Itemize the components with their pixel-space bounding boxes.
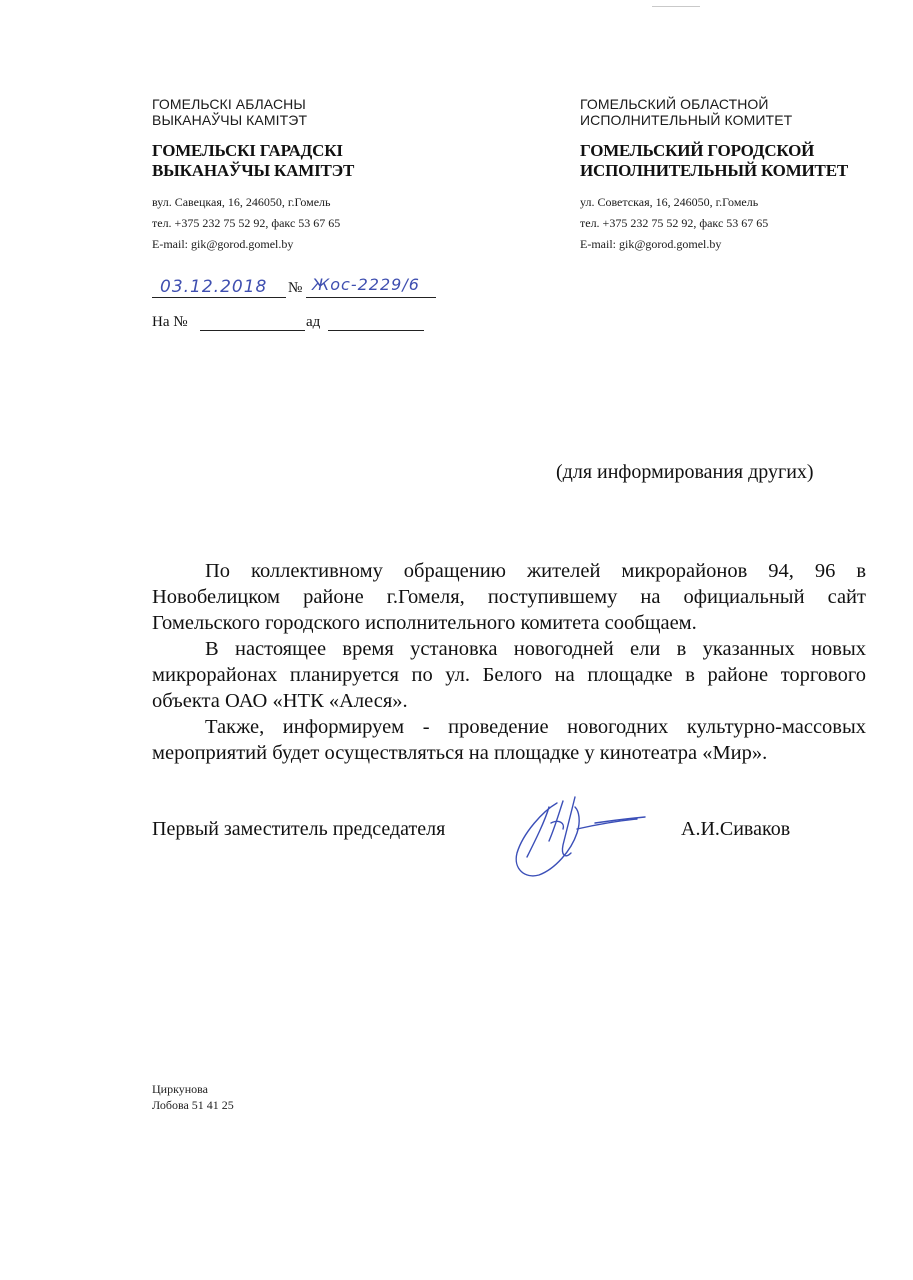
letterhead-left-contacts: вул. Савецкая, 16, 246050, г.Гомель тел.… [152, 192, 340, 255]
body-paragraph-3: Также, информируем - проведение новогодн… [152, 714, 866, 766]
letterhead-left-region-line2: ВЫКАНАЎЧЫ КАМІТЭТ [152, 112, 307, 128]
handwritten-number: Жос-2229/6 [312, 275, 420, 294]
reply-number-label: На № [152, 314, 188, 331]
letterhead-right-city-line1: ГОМЕЛЬСКИЙ ГОРОДСКОЙ [580, 141, 848, 161]
letterhead-left-city-line2: ВЫКАНАЎЧЫ КАМІТЭТ [152, 161, 354, 181]
letterhead-left-region: ГОМЕЛЬСКІ АБЛАСНЫ ВЫКАНАЎЧЫ КАМІТЭТ [152, 96, 307, 128]
reply-from-underline [328, 330, 424, 331]
date-underline [152, 297, 286, 298]
letterhead-left-phone: тел. +375 232 75 52 92, факс 53 67 65 [152, 213, 340, 234]
letterhead-left-city-line1: ГОМЕЛЬСКІ ГАРАДСКІ [152, 141, 354, 161]
body-paragraph-1: По коллективному обращению жителей микро… [152, 558, 866, 636]
number-label: № [288, 280, 302, 297]
number-underline [306, 297, 436, 298]
letterhead-right-city: ГОМЕЛЬСКИЙ ГОРОДСКОЙ ИСПОЛНИТЕЛЬНЫЙ КОМИ… [580, 141, 848, 181]
executor-info: Циркунова Лобова 51 41 25 [152, 1081, 234, 1113]
letterhead-left-address: вул. Савецкая, 16, 246050, г.Гомель [152, 192, 340, 213]
handwritten-signature-icon [505, 793, 655, 883]
letterhead-right-city-line2: ИСПОЛНИТЕЛЬНЫЙ КОМИТЕТ [580, 161, 848, 181]
signatory-position: Первый заместитель председателя [152, 818, 445, 841]
reply-from-label: ад [306, 314, 320, 331]
handwritten-date: 03.12.2018 [160, 277, 267, 297]
letterhead-right-phone: тел. +375 232 75 52 92, факс 53 67 65 [580, 213, 768, 234]
addressee-note: (для информирования других) [556, 461, 814, 484]
letterhead-left-city: ГОМЕЛЬСКІ ГАРАДСКІ ВЫКАНАЎЧЫ КАМІТЭТ [152, 141, 354, 181]
letterhead-right-region-line1: ГОМЕЛЬСКИЙ ОБЛАСТНОЙ [580, 96, 792, 112]
letterhead-right-address: ул. Советская, 16, 246050, г.Гомель [580, 192, 768, 213]
letterhead-left-email: E-mail: gik@gorod.gomel.by [152, 234, 340, 255]
executor-line-1: Циркунова [152, 1081, 234, 1097]
reply-number-underline [200, 330, 305, 331]
letterhead-right-region: ГОМЕЛЬСКИЙ ОБЛАСТНОЙ ИСПОЛНИТЕЛЬНЫЙ КОМИ… [580, 96, 792, 128]
letter-body: По коллективному обращению жителей микро… [152, 558, 866, 766]
signatory-name: А.И.Сиваков [681, 818, 790, 841]
body-paragraph-2: В настоящее время установка новогодней е… [152, 636, 866, 714]
letterhead-right-contacts: ул. Советская, 16, 246050, г.Гомель тел.… [580, 192, 768, 255]
executor-line-2: Лобова 51 41 25 [152, 1097, 234, 1113]
letterhead-left-region-line1: ГОМЕЛЬСКІ АБЛАСНЫ [152, 96, 307, 112]
letterhead-right-email: E-mail: gik@gorod.gomel.by [580, 234, 768, 255]
scan-artifact-line [652, 6, 700, 7]
letterhead-right-region-line2: ИСПОЛНИТЕЛЬНЫЙ КОМИТЕТ [580, 112, 792, 128]
